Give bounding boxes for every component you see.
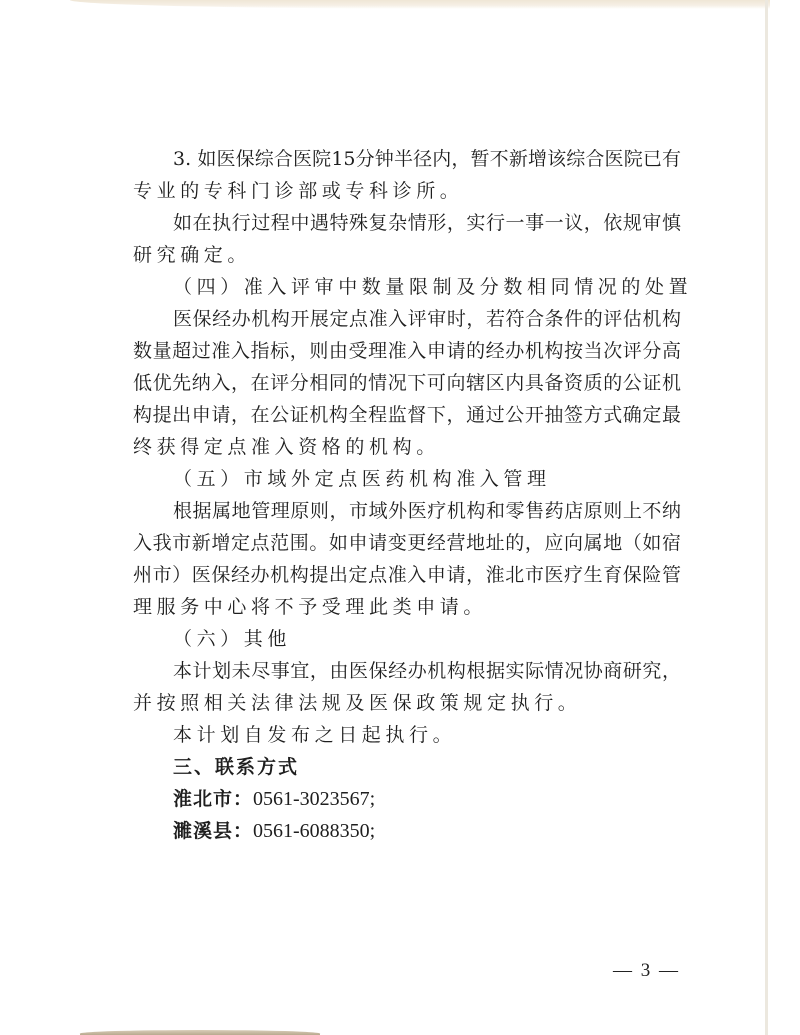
contact-row-huaibei: 淮北市：0561-3023567;	[133, 783, 681, 815]
paragraph-special-line: 如在执行过程中遇特殊复杂情形，实行一事一议，依规审慎	[133, 207, 681, 239]
scan-top-shadow	[70, 0, 770, 9]
section4-line: 医保经办机构开展定点准入评审时，若符合条件的评估机构	[133, 303, 681, 335]
contact-section-heading: 三、联系方式	[133, 751, 681, 783]
scan-bottom-shadow	[80, 1030, 320, 1035]
paragraph-item3-line: 专业的专科门诊部或专科诊所。	[133, 175, 681, 207]
section5-line: 州市）医保经办机构提出定点准入申请，淮北市医疗生育保险管	[133, 559, 681, 591]
section4-heading: （四）准入评审中数量限制及分数相同情况的处置	[133, 271, 681, 303]
section6-line: 本计划自发布之日起执行。	[133, 719, 681, 751]
section5-line: 根据属地管理原则，市域外医疗机构和零售药店原则上不纳	[133, 495, 681, 527]
section6-heading: （六）其他	[133, 623, 681, 655]
document-body: 3. 如医保综合医院15分钟半径内，暂不新增该综合医院已有 专业的专科门诊部或专…	[133, 143, 681, 847]
section6-line: 并按照相关法律法规及医保政策规定执行。	[133, 687, 681, 719]
section5-line: 入我市新增定点范围。如申请变更经营地址的，应向属地（如宿	[133, 527, 681, 559]
contact-phone: 0561-3023567;	[253, 788, 375, 810]
document-page: 3. 如医保综合医院15分钟半径内，暂不新增该综合医院已有 专业的专科门诊部或专…	[0, 0, 800, 1035]
section5-heading: （五）市域外定点医药机构准入管理	[133, 463, 681, 495]
section4-line: 数量超过准入指标，则由受理准入申请的经办机构按当次评分高	[133, 335, 681, 367]
section6-line: 本计划未尽事宜，由医保经办机构根据实际情况协商研究，	[133, 655, 681, 687]
contact-label: 濉溪县：	[173, 820, 253, 842]
scan-right-edge	[765, 0, 768, 1035]
contact-row-suixi: 濉溪县：0561-6088350;	[133, 815, 681, 847]
section5-line: 理服务中心将不予受理此类申请。	[133, 591, 681, 623]
section4-line: 终获得定点准入资格的机构。	[133, 431, 681, 463]
section4-line: 构提出申请，在公证机构全程监督下，通过公开抽签方式确定最	[133, 399, 681, 431]
paragraph-special-line: 研究确定。	[133, 239, 681, 271]
paragraph-item3-line: 3. 如医保综合医院15分钟半径内，暂不新增该综合医院已有	[133, 143, 681, 175]
contact-phone: 0561-6088350;	[253, 820, 375, 842]
contact-label: 淮北市：	[173, 788, 253, 810]
page-number: — 3 —	[613, 960, 680, 982]
section4-line: 低优先纳入，在评分相同的情况下可向辖区内具备资质的公证机	[133, 367, 681, 399]
